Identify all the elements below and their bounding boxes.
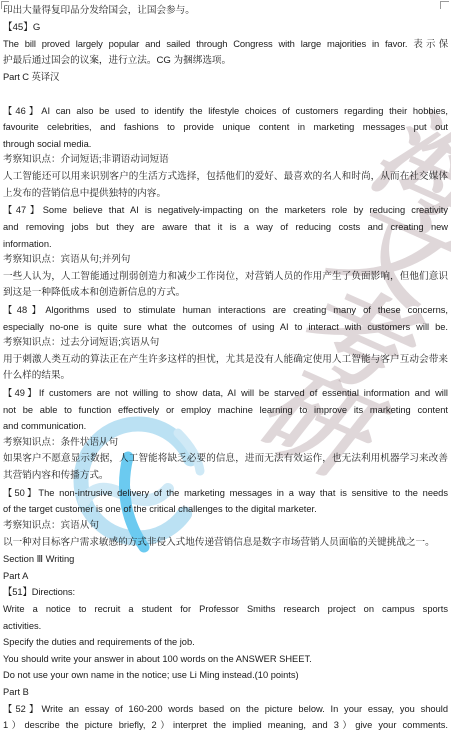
text-line: 【45】G	[3, 20, 448, 37]
text-line: Part B	[3, 684, 448, 701]
document-body: 印出大量得复印品分发给国会，让国会参与。【45】GThe bill proved…	[3, 3, 448, 734]
text-line: of the target customer is one of the cri…	[3, 501, 448, 518]
text-line: 上发布的营销信息中提供独特的内容。	[3, 186, 448, 203]
text-line: 考察知识点：过去分词短语;宾语从句	[3, 335, 448, 352]
text-line: 【52】Write an essay of 160-200 words base…	[3, 701, 448, 718]
text-line: Write a notice to recruit a student for …	[3, 601, 448, 618]
text-line: information.	[3, 236, 448, 253]
text-line: not be able to function effectively or e…	[3, 402, 448, 419]
text-line: 【50】The non-intrusive delivery of the ma…	[3, 485, 448, 502]
text-line: 印出大量得复印品分发给国会，让国会参与。	[3, 3, 448, 20]
text-line: Specify the duties and requirements of t…	[3, 634, 448, 651]
text-line: favourite celebrities, and fashions to p…	[3, 119, 448, 136]
text-line: 【49】If customers are not willing to show…	[3, 385, 448, 402]
text-line: The bill proved largely popular and sail…	[3, 36, 448, 53]
text-line: Section Ⅲ Writing	[3, 551, 448, 568]
text-line: and removing jobs but they are aware tha…	[3, 219, 448, 236]
text-line: 到这是一种降低成本和创造新信息的方式。	[3, 285, 448, 302]
text-line: 【46】AI can also be used to identify the …	[3, 103, 448, 120]
text-line: 【47】Some believe that AI is negatively-i…	[3, 202, 448, 219]
text-line: 护最后通过国会的议案，进行立法。CG 为捆绑选项。	[3, 53, 448, 70]
text-line: and communication.	[3, 418, 448, 435]
text-line: 1）describe the picture briefly, 2）interp…	[3, 717, 448, 734]
document-page: 海文考研 印出大量得复印品分发给国会，让国会参与。【45】GThe bill p…	[0, 0, 451, 735]
text-line: 一些人认为，人工智能通过削弱创造力和减少工作岗位，对营销人员的作用产生了负面影响…	[3, 269, 448, 286]
text-line: 其营销内容和传播方式。	[3, 468, 448, 485]
text-line: 【48】Algorithms used to stimulate human i…	[3, 302, 448, 319]
text-line: 考察知识点：介词短语;非谓语动词短语	[3, 152, 448, 169]
text-line: Part C 英译汉	[3, 69, 448, 86]
text-line: 用于刺激人类互动的算法正在产生许多这样的担忧，尤其是没有人能确定使用人工智能与客…	[3, 352, 448, 369]
text-line: 如果客户不愿意显示数据，人工智能将缺乏必要的信息，进而无法有效运作，也无法利用机…	[3, 451, 448, 468]
text-line: Part A	[3, 568, 448, 585]
text-line: through social media.	[3, 136, 448, 153]
text-line: especially no-one is quite sure what the…	[3, 319, 448, 336]
text-line: Do not use your own name in the notice; …	[3, 667, 448, 684]
text-line: 【51】Directions:	[3, 584, 448, 601]
text-line: 考察知识点：宾语从句	[3, 518, 448, 535]
text-line: 人工智能还可以用来识别客户的生活方式选择，包括他们的爱好、最喜欢的名人和时尚，从…	[3, 169, 448, 186]
text-line: 考察知识点：条件状语从句	[3, 435, 448, 452]
text-line: 考察知识点：宾语从句;并列句	[3, 252, 448, 269]
text-line	[3, 86, 448, 103]
text-line: You should write your answer in about 10…	[3, 651, 448, 668]
text-line: activities.	[3, 618, 448, 635]
text-line: 什么样的结果。	[3, 368, 448, 385]
text-line: 以一种对目标客户需求敏感的方式非侵入式地传递营销信息是数字市场营销人员面临的关键…	[3, 535, 448, 552]
